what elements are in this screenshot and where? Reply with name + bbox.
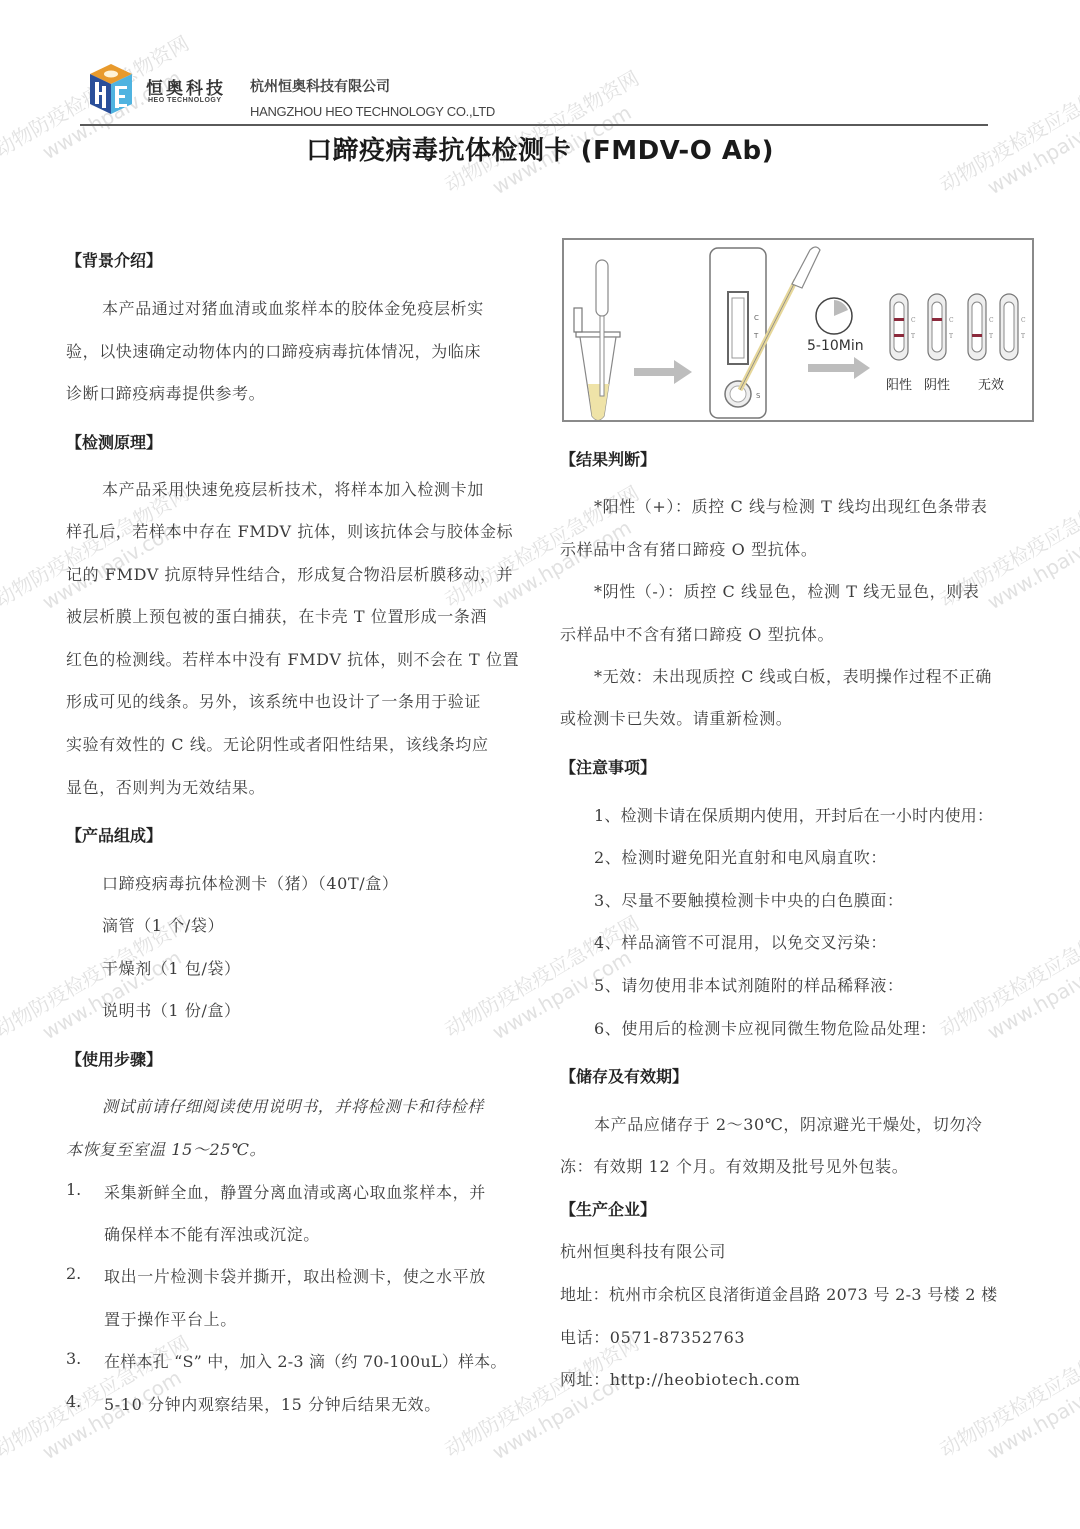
- paragraph-line: 本产品采用快速免疫层析技术，将样本加入检测卡加: [102, 477, 484, 500]
- manufacturer-phone: 电话：0571-87352763: [560, 1325, 745, 1348]
- step-line: 确保样本不能有浑浊或沉淀。: [104, 1222, 320, 1245]
- paragraph-line: 形成可见的线条。另外，该系统中也设计了一条用于验证: [66, 689, 481, 712]
- step-number: 3.: [66, 1349, 81, 1368]
- watermark-line2: www.hpaiv.com: [3, 1353, 207, 1486]
- paragraph-line: *无效：未出现质控 C 线或白板，表明操作过程不正确: [594, 664, 992, 687]
- paragraph-line: 记的 FMDV 抗原特异性结合，形成复合物沿层析膜移动，并: [66, 562, 513, 585]
- svg-text:C: C: [949, 317, 954, 324]
- watermark-line1: 动物防疫检疫应急物资网: [935, 1330, 1080, 1463]
- svg-text:C: C: [754, 314, 759, 322]
- timer-icon: [816, 298, 852, 334]
- section-heading-manufacturer: 【生产企业】: [560, 1197, 656, 1220]
- paragraph-line: 样孔后，若样本中存在 FMDV 抗体，则该抗体会与胶体金标: [66, 519, 513, 542]
- svg-text:T: T: [949, 333, 953, 340]
- watermark: 动物防疫检疫应急物资网www.hpaiv.com: [935, 1330, 1080, 1485]
- watermark: 动物防疫检疫应急物资网www.hpaiv.com: [935, 910, 1080, 1065]
- paragraph-line: 红色的检测线。若样本中没有 FMDV 抗体，则不会在 T 位置: [66, 647, 519, 670]
- paragraph-line: 示样品中不含有猪口蹄疫 O 型抗体。: [560, 622, 834, 645]
- note-item: 3、尽量不要触摸检测卡中央的白色膜面：: [594, 888, 904, 911]
- manufacturer-address: 地址：杭州市余杭区良渚街道金昌路 2073 号 2-3 号楼 2 楼: [560, 1282, 997, 1305]
- brand-name-cn: 恒奥科技: [146, 74, 226, 99]
- watermark-line1: 动物防疫检疫应急物资网: [935, 910, 1080, 1043]
- paragraph-line: 诊断口蹄疫病毒提供参考。: [66, 381, 265, 404]
- paragraph-line: *阴性（-）：质控 C 线显色，检测 T 线无显色，则表: [594, 579, 979, 602]
- paragraph-line: 冻：有效期 12 个月。有效期及批号见外包装。: [560, 1154, 908, 1177]
- sample-tube-icon: [574, 260, 620, 420]
- svg-text:T: T: [753, 332, 759, 340]
- heo-logo-icon: [86, 62, 136, 116]
- paragraph-line: 被层析膜上预包被的蛋白捕获，在卡壳 T 位置形成一条酒: [66, 604, 487, 627]
- procedure-illustration-icon: C T S CT CT: [564, 240, 1036, 424]
- svg-text:T: T: [911, 333, 915, 340]
- step-number: 1.: [66, 1180, 81, 1199]
- section-heading-steps: 【使用步骤】: [66, 1047, 162, 1070]
- composition-item: 说明书（1 份/盒）: [102, 998, 241, 1021]
- note-item: 6、使用后的检测卡应视同微生物危险品处理：: [594, 1016, 937, 1039]
- brand-name-en: HEO TECHNOLOGY: [148, 97, 222, 104]
- section-heading-results: 【结果判断】: [560, 447, 656, 470]
- result-label-negative: 阴性: [924, 374, 950, 393]
- step-line: 采集新鲜全血，静置分离血清或离心取血浆样本，并: [104, 1180, 486, 1203]
- company-name-en: HANGZHOU HEO TECHNOLOGY CO.,LTD: [250, 104, 495, 119]
- composition-item: 干燥剂（1 包/袋）: [102, 956, 241, 979]
- svg-text:C: C: [989, 317, 994, 324]
- svg-text:T: T: [989, 333, 993, 340]
- section-heading-composition: 【产品组成】: [66, 823, 162, 846]
- svg-text:C: C: [911, 317, 916, 324]
- composition-item: 口蹄疫病毒抗体检测卡（猪）（40T/盒）: [102, 871, 398, 894]
- arrow-right-icon: [634, 360, 692, 384]
- document-header: 恒奥科技 HEO TECHNOLOGY 杭州恒奥科技有限公司 HANGZHOU …: [0, 0, 1080, 130]
- result-strip-invalid-blank-icon: CT: [1000, 294, 1026, 360]
- header-divider: [80, 124, 988, 126]
- manufacturer-website[interactable]: 网址：http://heobiotech.com: [560, 1367, 800, 1390]
- composition-item: 滴管（1 个/袋）: [102, 913, 224, 936]
- paragraph-line: 本产品应储存于 2～30℃，阴凉避光干燥处，切勿冷: [594, 1112, 983, 1135]
- step-line: 在样本孔 “S” 中，加入 2-3 滴（约 70-100uL）样本。: [104, 1349, 507, 1372]
- paragraph-line: 显色，否则判为无效结果。: [66, 775, 265, 798]
- paragraph-line: 或检测卡已失效。请重新检测。: [560, 706, 792, 729]
- step-number: 2.: [66, 1264, 81, 1283]
- document-title: 口蹄疫病毒抗体检测卡 (FMDV-O Ab): [0, 130, 1080, 167]
- step-line: 5-10 分钟内观察结果，15 分钟后结果无效。: [104, 1392, 441, 1415]
- paragraph-line: 示样品中含有猪口蹄疫 O 型抗体。: [560, 537, 818, 560]
- test-procedure-diagram: C T S CT CT: [562, 238, 1034, 422]
- section-heading-notes: 【注意事项】: [560, 755, 656, 778]
- result-label-invalid: 无效: [978, 374, 1004, 393]
- section-heading-storage: 【储存及有效期】: [560, 1064, 688, 1087]
- section-heading-background: 【背景介绍】: [66, 248, 162, 271]
- note-item: 2、检测时避免阳光直射和电风扇直吹：: [594, 845, 887, 868]
- timer-label: 5-10Min: [807, 338, 864, 354]
- steps-intro-line: 测试前请仔细阅读使用说明书，并将检测卡和待检样: [102, 1094, 484, 1117]
- step-line: 取出一片检测卡袋并撕开，取出检测卡，使之水平放: [104, 1264, 486, 1287]
- watermark-line2: www.hpaiv.com: [948, 933, 1080, 1066]
- result-label-positive: 阳性: [886, 374, 912, 393]
- steps-intro-line: 本恢复至室温 15～25℃。: [66, 1137, 266, 1160]
- watermark-line2: www.hpaiv.com: [948, 503, 1080, 636]
- test-card-icon: C T S: [710, 247, 820, 418]
- watermark-line2: www.hpaiv.com: [948, 1353, 1080, 1486]
- paragraph-line: *阳性（+）：质控 C 线与检测 T 线均出现红色条带表: [594, 494, 987, 517]
- paragraph-line: 验，以快速确定动物体内的口蹄疫病毒抗体情况，为临床: [66, 339, 481, 362]
- note-item: 1、检测卡请在保质期内使用，开封后在一小时内使用：: [594, 803, 993, 826]
- result-strip-negative-icon: CT: [928, 294, 954, 360]
- result-strip-invalid-t-icon: CT: [968, 294, 994, 360]
- step-number: 4.: [66, 1392, 81, 1411]
- result-strip-positive-icon: CT: [890, 294, 916, 360]
- section-heading-principle: 【检测原理】: [66, 430, 162, 453]
- svg-text:C: C: [1021, 317, 1026, 324]
- note-item: 5、请勿使用非本试剂随附的样品稀释液：: [594, 973, 904, 996]
- manufacturer-name: 杭州恒奥科技有限公司: [560, 1239, 726, 1262]
- arrow-right-icon: [808, 357, 870, 379]
- svg-text:T: T: [1021, 333, 1025, 340]
- svg-text:S: S: [756, 392, 761, 400]
- company-name-cn: 杭州恒奥科技有限公司: [250, 76, 390, 96]
- note-item: 4、样品滴管不可混用，以免交叉污染：: [594, 930, 887, 953]
- paragraph-line: 实验有效性的 C 线。无论阴性或者阳性结果，该线条均应: [66, 732, 489, 755]
- paragraph-line: 本产品通过对猪血清或血浆样本的胶体金免疫层析实: [102, 296, 484, 319]
- step-line: 置于操作平台上。: [104, 1307, 237, 1330]
